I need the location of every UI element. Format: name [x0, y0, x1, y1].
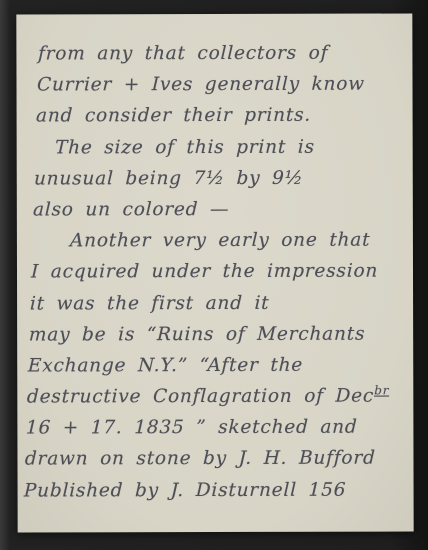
superscript-abbreviation: br: [374, 383, 389, 397]
letter-line: drawn on stone by J. H. Bufford: [24, 443, 397, 475]
letter-paper: from any that collectors of Currier + Iv…: [16, 13, 413, 532]
letter-line: destructive Conflagration of Decbr: [26, 381, 399, 413]
letter-body: from any that collectors of Currier + Iv…: [23, 37, 410, 506]
letter-line: unusual being 7½ by 9½: [34, 162, 407, 194]
letter-line: from any that collectors of: [38, 37, 411, 69]
letter-line: Currier + Ives generally know: [37, 69, 410, 101]
letter-line: and consider their prints.: [36, 100, 409, 132]
letter-line: may be is “Ruins of Merchants: [28, 318, 401, 350]
letter-line: I acquired under the impression: [30, 256, 403, 288]
letter-line: Another very early one that: [32, 225, 405, 257]
letter-line: also un colored —: [33, 193, 406, 225]
letter-line: Published by J. Disturnell 156: [23, 474, 396, 506]
letter-line: 16 + 17. 1835 ” sketched and: [25, 412, 398, 444]
letter-line-text: destructive Conflagration of Dec: [27, 386, 375, 408]
letter-line: Exchange N.Y.” “After the: [27, 349, 400, 381]
letter-line: it was the first and it: [29, 287, 402, 319]
letter-line: The size of this print is: [35, 131, 408, 163]
photo-background: from any that collectors of Currier + Iv…: [0, 0, 428, 550]
